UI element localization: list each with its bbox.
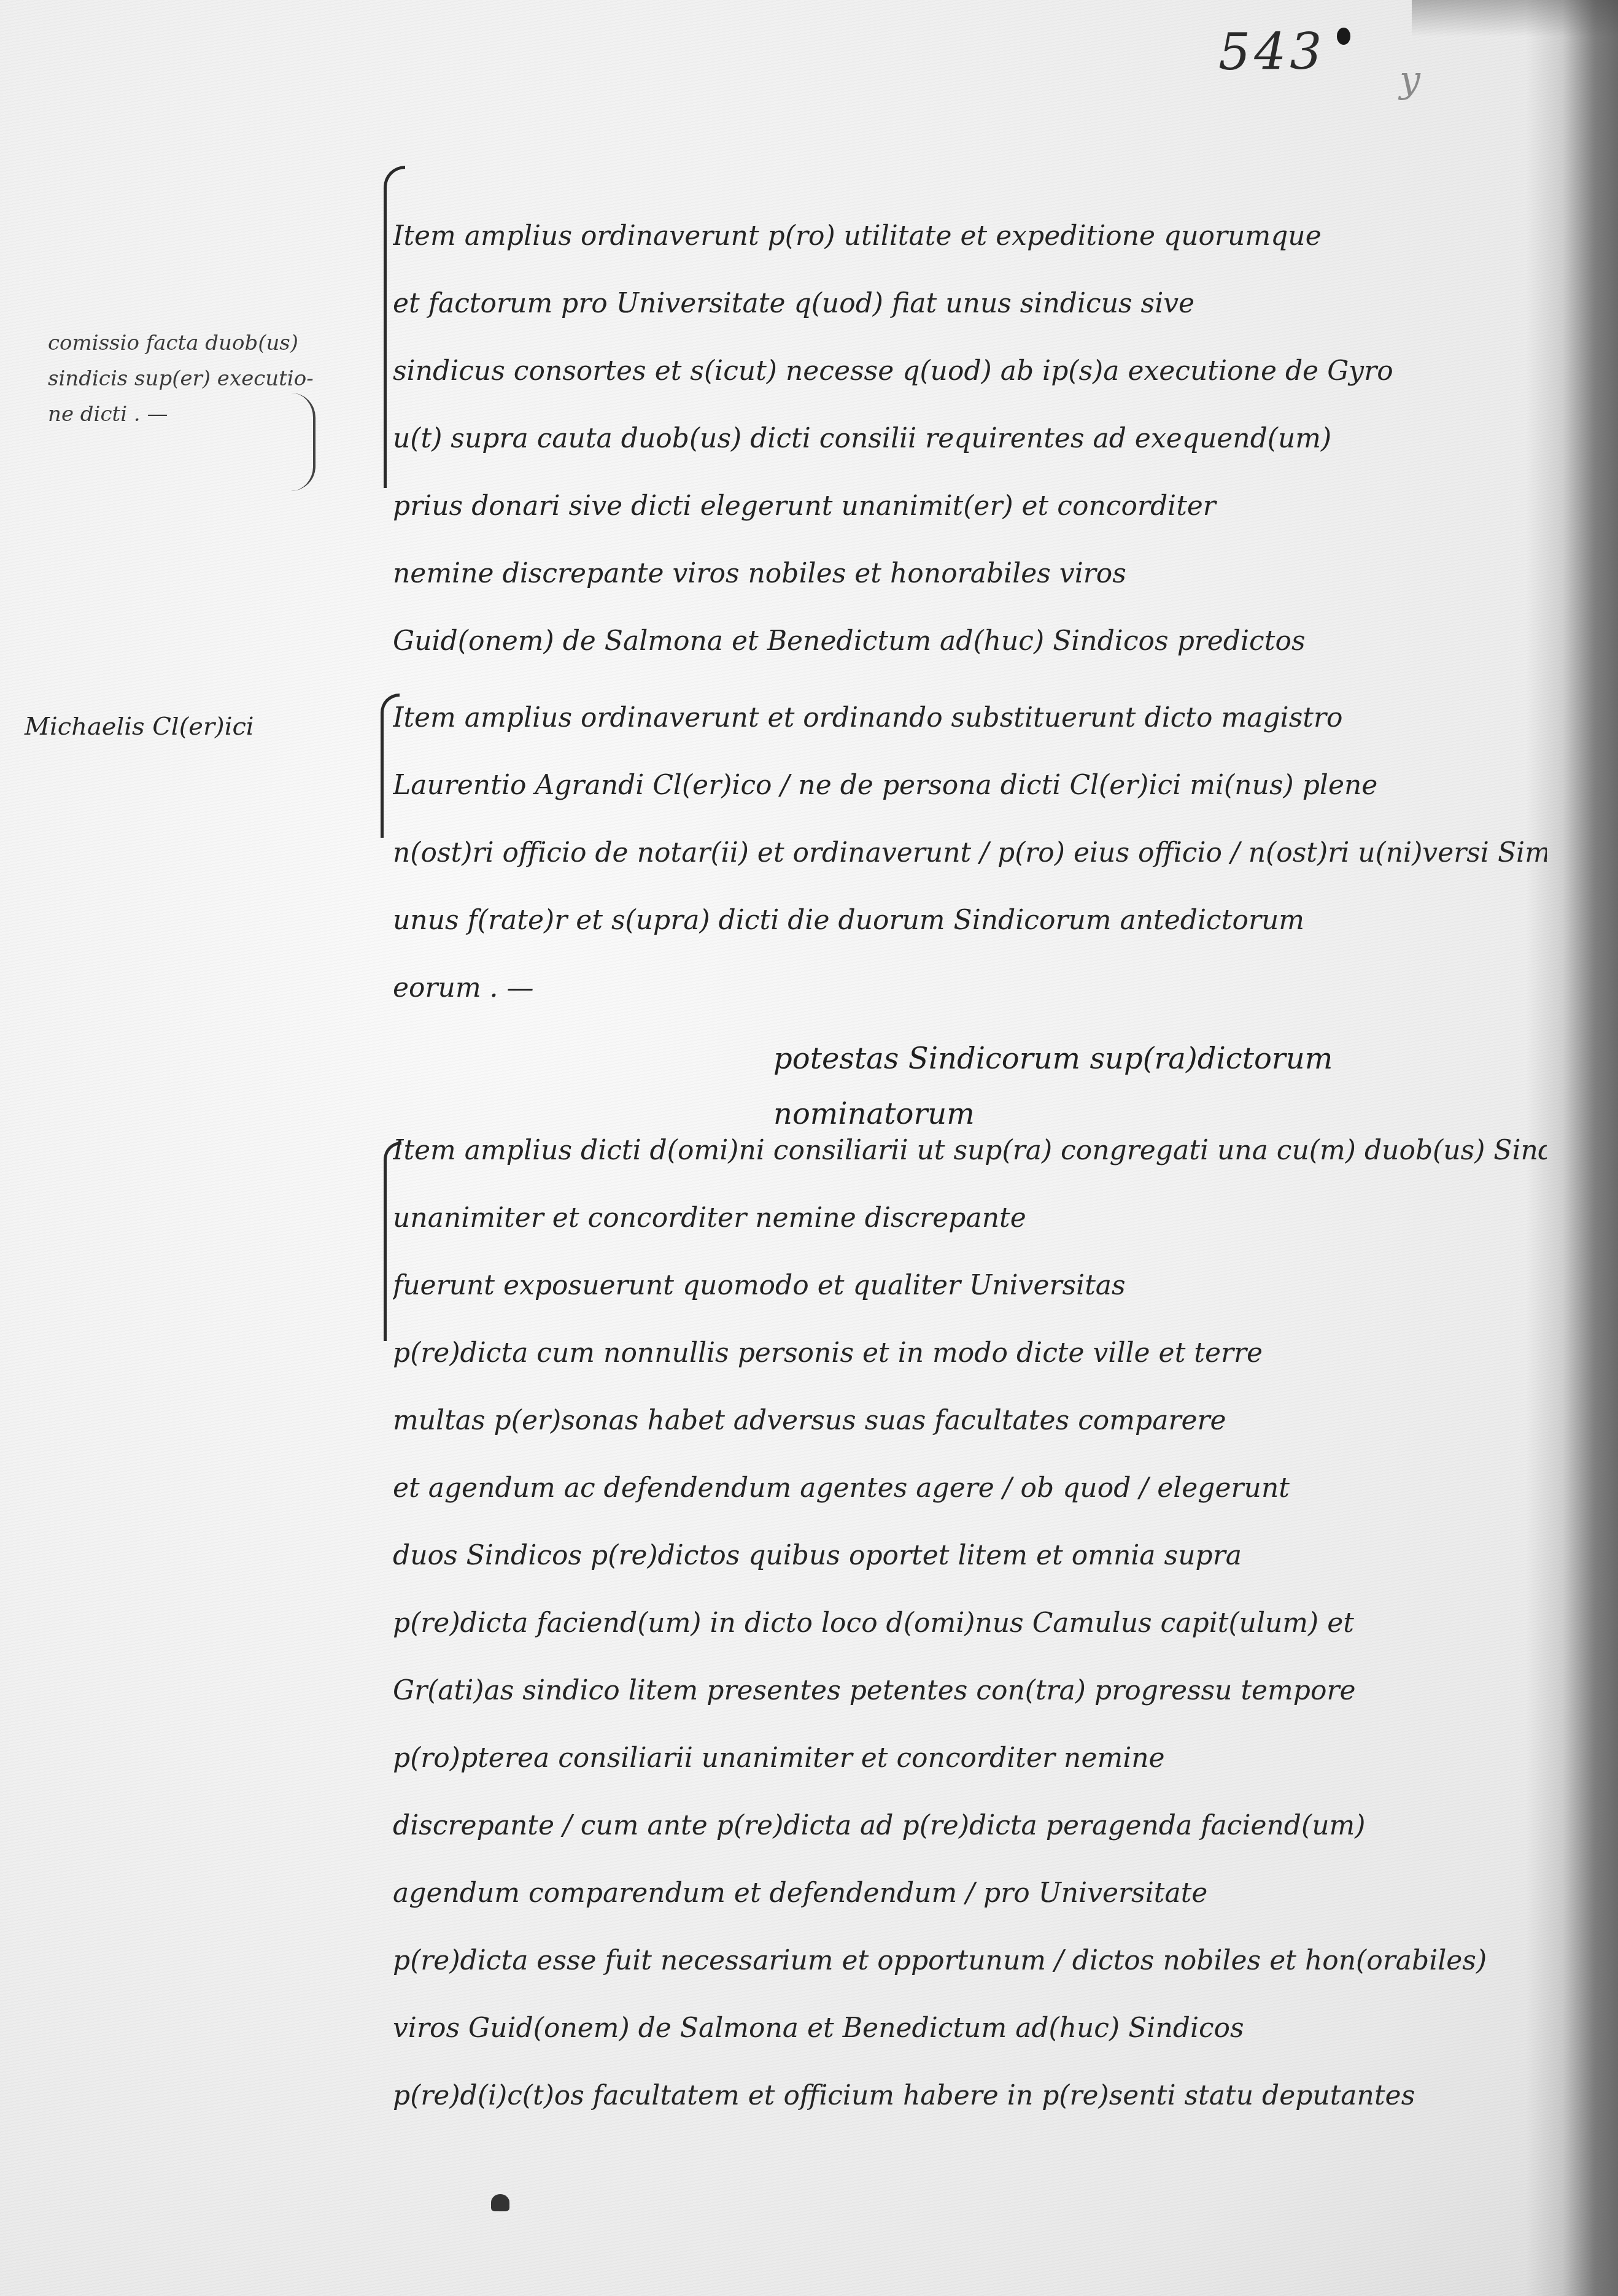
text-line: Item amplius dicti d(omi)ni consiliarii …: [393, 1117, 1547, 1185]
text-line: Item amplius ordinaverunt p(ro) utilitat…: [393, 203, 1547, 270]
text-line: Gr(ati)as sindico litem presentes petent…: [393, 1657, 1547, 1725]
top-edge-shadow: [1412, 0, 1618, 37]
margin-note-commission: comissio facta duob(us) sindicis sup(er)…: [48, 325, 318, 432]
text-line: Guid(onem) de Salmona et Benedictum ad(h…: [393, 608, 1547, 675]
folio-number: 543: [1218, 23, 1326, 82]
text-line: unanimiter et concorditer nemine discrep…: [393, 1185, 1547, 1252]
text-line: Item amplius ordinaverunt et ordinando s…: [393, 684, 1547, 752]
text-line: discrepante / cum ante p(re)dicta ad p(r…: [393, 1792, 1547, 1860]
margin-line: sindicis sup(er) executio-: [48, 361, 318, 396]
text-line: p(re)dicta faciend(um) in dicto loco d(o…: [393, 1590, 1547, 1657]
text-line: Laurentio Agrandi Cl(er)ico / ne de pers…: [393, 752, 1547, 819]
margin-line: Michaelis Cl(er)ici: [25, 709, 270, 744]
text-line: p(re)dicta cum nonnullis personis et in …: [393, 1320, 1547, 1387]
margin-line: comissio facta duob(us): [48, 325, 318, 361]
margin-line: ne dicti . —: [48, 396, 318, 432]
manuscript-page: 543 y comissio facta duob(us) sindicis s…: [0, 0, 1618, 2296]
text-line: et factorum pro Universitate q(uod) fiat…: [393, 270, 1547, 338]
text-line: p(ro)pterea consiliarii unanimiter et co…: [393, 1725, 1547, 1792]
paragraph-1: Item amplius ordinaverunt p(ro) utilitat…: [393, 203, 1547, 675]
text-line: p(re)d(i)c(t)os facultatem et officium h…: [393, 2062, 1547, 2130]
text-line: agendum comparendum et defendendum / pro…: [393, 1860, 1547, 1927]
text-line: n(ost)ri officio de notar(ii) et ordinav…: [393, 819, 1547, 887]
text-line: eorum . —: [393, 954, 1547, 1022]
ink-blot-icon: [491, 2194, 509, 2211]
paragraph-2: Item amplius ordinaverunt et ordinando s…: [393, 684, 1547, 1022]
ink-dot-icon: [1337, 28, 1350, 45]
margin-brace-icon: [288, 393, 315, 491]
text-line: duos Sindicos p(re)dictos quibus oportet…: [393, 1522, 1547, 1590]
text-line: u(t) supra cauta duob(us) dicti consilii…: [393, 405, 1547, 473]
text-line: viros Guid(onem) de Salmona et Benedictu…: [393, 1995, 1547, 2062]
paragraph-3: Item amplius dicti d(omi)ni consiliarii …: [393, 1117, 1547, 2130]
text-line: fuerunt exposuerunt quomodo et qualiter …: [393, 1252, 1547, 1320]
text-line: p(re)dicta esse fuit necessarium et oppo…: [393, 1927, 1547, 1995]
margin-note-clerk: Michaelis Cl(er)ici: [25, 709, 270, 744]
text-line: sindicus consortes et s(icut) necesse q(…: [393, 338, 1547, 405]
text-line: nemine discrepante viros nobiles et hono…: [393, 540, 1547, 608]
text-line: et agendum ac defendendum agentes agere …: [393, 1455, 1547, 1522]
text-line: multas p(er)sonas habet adversus suas fa…: [393, 1387, 1547, 1455]
text-line: unus f(rate)r et s(upra) dicti die duoru…: [393, 887, 1547, 954]
text-line: prius donari sive dicti elegerunt unanim…: [393, 473, 1547, 540]
corner-mark: y: [1399, 58, 1420, 101]
